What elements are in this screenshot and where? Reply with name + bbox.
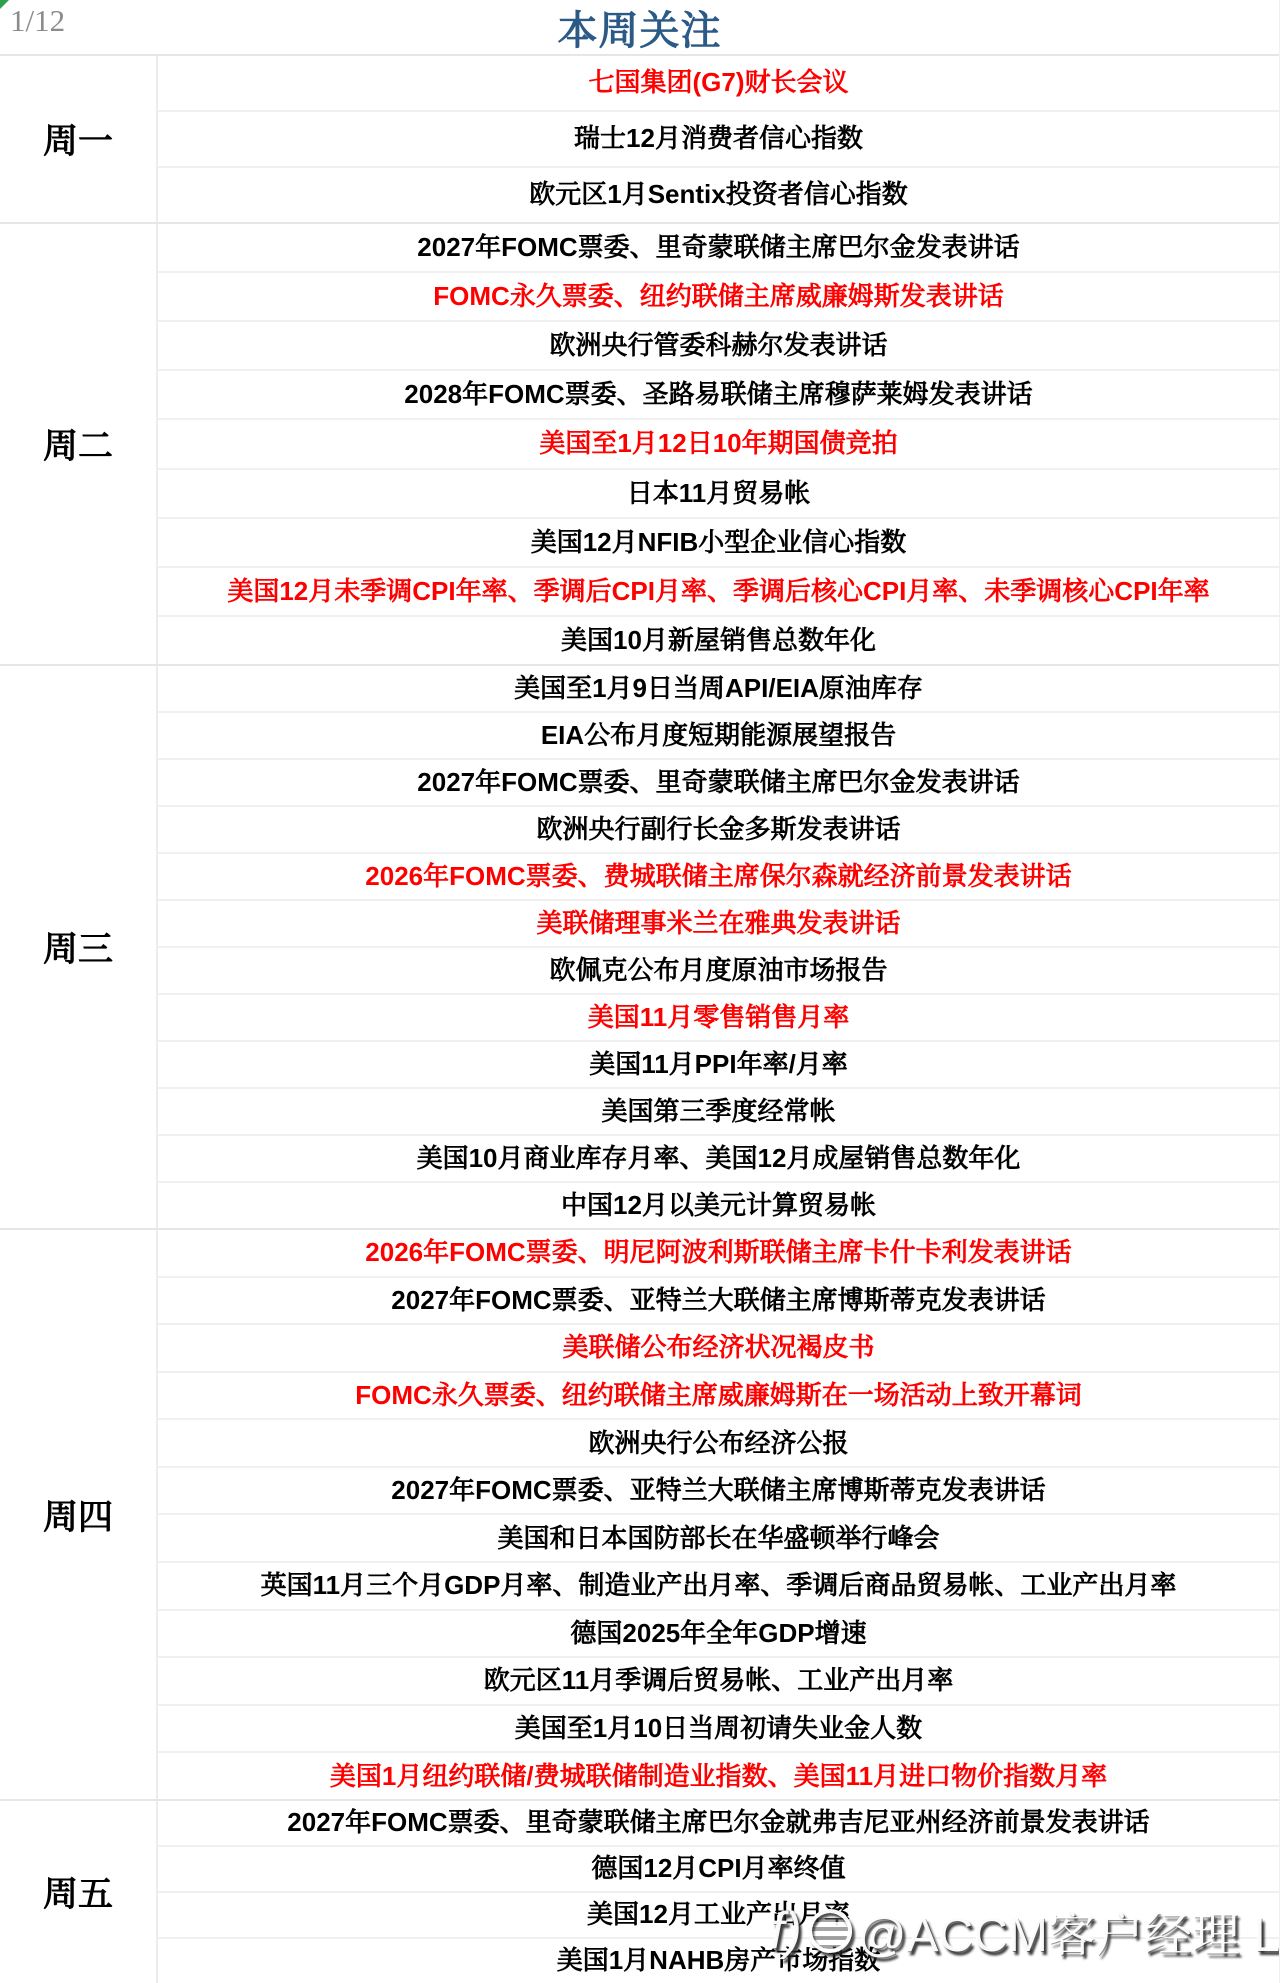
event-text: 美国至1月10日当周初请失业金人数 <box>515 1713 922 1744</box>
event-row: 英国11月三个月GDP月率、制造业产出月率、季调后商品贸易帐、工业产出月率 <box>158 1561 1279 1609</box>
event-text: 德国2025年全年GDP增速 <box>570 1618 866 1649</box>
event-row: EIA公布月度短期能源展望报告 <box>158 711 1279 758</box>
event-text: 美国至1月12日10年期国债竞拍 <box>539 428 897 459</box>
day-section: 周二2027年FOMC票委、里奇蒙联储主席巴尔金发表讲话FOMC永久票委、纽约联… <box>0 222 1279 664</box>
page-indicator: 1/12 <box>10 4 65 38</box>
event-row: 中国12月以美元计算贸易帐 <box>158 1181 1279 1228</box>
events-table: 周一七国集团(G7)财长会议瑞士12月消费者信心指数欧元区1月Sentix投资者… <box>0 54 1279 1983</box>
event-row: 欧洲央行副行长金多斯发表讲话 <box>158 805 1279 852</box>
event-row: 美联储公布经济状况褐皮书 <box>158 1323 1279 1371</box>
event-text: 中国12月以美元计算贸易帐 <box>561 1190 876 1221</box>
day-label: 周二 <box>0 224 158 664</box>
event-row: 美国10月商业库存月率、美国12月成屋销售总数年化 <box>158 1134 1279 1181</box>
event-text: 英国11月三个月GDP月率、制造业产出月率、季调后商品贸易帐、工业产出月率 <box>261 1570 1177 1601</box>
event-text: 美国11月零售销售月率 <box>588 1002 850 1033</box>
events-column: 美国至1月9日当周API/EIA原油库存EIA公布月度短期能源展望报告2027年… <box>158 666 1279 1228</box>
event-row: 2026年FOMC票委、费城联储主席保尔森就经济前景发表讲话 <box>158 852 1279 899</box>
events-column: 2027年FOMC票委、里奇蒙联储主席巴尔金发表讲话FOMC永久票委、纽约联储主… <box>158 224 1279 664</box>
event-text: 2026年FOMC票委、费城联储主席保尔森就经济前景发表讲话 <box>365 861 1071 892</box>
event-text: 欧洲央行管委科赫尔发表讲话 <box>549 330 887 361</box>
event-text: 2027年FOMC票委、里奇蒙联储主席巴尔金发表讲话 <box>417 767 1019 798</box>
event-row: 2027年FOMC票委、亚特兰大联储主席博斯蒂克发表讲话 <box>158 1466 1279 1514</box>
f-logo-icon: f) <box>770 1901 802 1961</box>
day-label: 周四 <box>0 1230 158 1799</box>
circle-logo-icon <box>808 1909 852 1953</box>
event-text: 2027年FOMC票委、亚特兰大联储主席博斯蒂克发表讲话 <box>391 1475 1045 1506</box>
event-text: 美国12月NFIB小型企业信心指数 <box>531 527 907 558</box>
event-row: 美国1月纽约联储/费城联储制造业指数、美国11月进口物价指数月率 <box>158 1751 1279 1799</box>
event-text: 2026年FOMC票委、明尼阿波利斯联储主席卡什卡利发表讲话 <box>365 1237 1071 1268</box>
events-column: 2026年FOMC票委、明尼阿波利斯联储主席卡什卡利发表讲话2027年FOMC票… <box>158 1230 1279 1799</box>
page-title: 本周关注 <box>558 0 722 56</box>
events-column: 七国集团(G7)财长会议瑞士12月消费者信心指数欧元区1月Sentix投资者信心… <box>158 56 1279 222</box>
event-text: 日本11月贸易帐 <box>627 478 811 509</box>
event-row: 2027年FOMC票委、里奇蒙联储主席巴尔金就弗吉尼亚州经济前景发表讲话 <box>158 1801 1279 1845</box>
event-text: 七国集团(G7)财长会议 <box>588 67 848 98</box>
event-row: 欧元区1月Sentix投资者信心指数 <box>158 166 1279 222</box>
event-row: 美国10月新屋销售总数年化 <box>158 615 1279 664</box>
event-row: 欧洲央行公布经济公报 <box>158 1418 1279 1466</box>
event-row: 美国至1月12日10年期国债竞拍 <box>158 418 1279 467</box>
event-row: 2027年FOMC票委、里奇蒙联储主席巴尔金发表讲话 <box>158 224 1279 271</box>
event-text: 欧洲央行公布经济公报 <box>588 1428 848 1459</box>
event-row: 美国11月零售销售月率 <box>158 993 1279 1040</box>
day-section: 周四2026年FOMC票委、明尼阿波利斯联储主席卡什卡利发表讲话2027年FOM… <box>0 1228 1279 1799</box>
event-row: FOMC永久票委、纽约联储主席威廉姆斯在一场活动上致开幕词 <box>158 1371 1279 1419</box>
day-section: 周三美国至1月9日当周API/EIA原油库存EIA公布月度短期能源展望报告202… <box>0 664 1279 1228</box>
event-text: 美国10月新屋销售总数年化 <box>561 625 876 656</box>
event-text: 2027年FOMC票委、亚特兰大联储主席博斯蒂克发表讲话 <box>391 1285 1045 1316</box>
weekly-focus-page: 1/12 本周关注 周一七国集团(G7)财长会议瑞士12月消费者信心指数欧元区1… <box>0 0 1280 1983</box>
event-row: 2026年FOMC票委、明尼阿波利斯联储主席卡什卡利发表讲话 <box>158 1230 1279 1276</box>
event-text: 美国12月未季调CPI年率、季调后CPI月率、季调后核心CPI月率、未季调核心C… <box>227 576 1209 607</box>
event-row: 欧元区11月季调后贸易帐、工业产出月率 <box>158 1656 1279 1704</box>
event-text: FOMC永久票委、纽约联储主席威廉姆斯在一场活动上致开幕词 <box>355 1380 1082 1411</box>
event-row: 七国集团(G7)财长会议 <box>158 56 1279 110</box>
event-row: 美国12月NFIB小型企业信心指数 <box>158 517 1279 566</box>
event-text: 欧佩克公布月度原油市场报告 <box>549 955 887 986</box>
day-label: 周五 <box>0 1801 158 1983</box>
event-row: 美国和日本国防部长在华盛顿举行峰会 <box>158 1513 1279 1561</box>
event-row: FOMC永久票委、纽约联储主席威廉姆斯发表讲话 <box>158 271 1279 320</box>
event-text: FOMC永久票委、纽约联储主席威廉姆斯发表讲话 <box>433 281 1004 312</box>
event-row: 欧洲央行管委科赫尔发表讲话 <box>158 320 1279 369</box>
watermark-text: @ACCM客户经理 Lee <box>858 1896 1280 1965</box>
event-text: 欧元区1月Sentix投资者信心指数 <box>529 179 908 210</box>
event-row: 日本11月贸易帐 <box>158 468 1279 517</box>
event-text: 美联储理事米兰在雅典发表讲话 <box>536 908 900 939</box>
event-row: 美国至1月10日当周初请失业金人数 <box>158 1704 1279 1752</box>
event-row: 2027年FOMC票委、亚特兰大联储主席博斯蒂克发表讲话 <box>158 1276 1279 1324</box>
green-corner-icon <box>0 0 9 9</box>
event-row: 2028年FOMC票委、圣路易联储主席穆萨莱姆发表讲话 <box>158 369 1279 418</box>
event-row: 美国第三季度经常帐 <box>158 1087 1279 1134</box>
event-row: 瑞士12月消费者信心指数 <box>158 110 1279 166</box>
event-text: EIA公布月度短期能源展望报告 <box>541 720 896 751</box>
event-text: 美国1月纽约联储/费城联储制造业指数、美国11月进口物价指数月率 <box>330 1761 1107 1792</box>
event-row: 美国11月PPI年率/月率 <box>158 1040 1279 1087</box>
event-text: 2027年FOMC票委、里奇蒙联储主席巴尔金就弗吉尼亚州经济前景发表讲话 <box>287 1807 1149 1838</box>
event-text: 德国12月CPI月率终值 <box>591 1853 845 1884</box>
event-text: 2028年FOMC票委、圣路易联储主席穆萨莱姆发表讲话 <box>404 379 1032 410</box>
event-text: 美国至1月9日当周API/EIA原油库存 <box>514 673 923 704</box>
event-row: 2027年FOMC票委、里奇蒙联储主席巴尔金发表讲话 <box>158 758 1279 805</box>
event-row: 美国至1月9日当周API/EIA原油库存 <box>158 666 1279 711</box>
event-row: 欧佩克公布月度原油市场报告 <box>158 946 1279 993</box>
event-row: 德国12月CPI月率终值 <box>158 1845 1279 1891</box>
event-text: 美联储公布经济状况褐皮书 <box>562 1332 874 1363</box>
event-text: 美国和日本国防部长在华盛顿举行峰会 <box>497 1523 939 1554</box>
day-label: 周一 <box>0 56 158 222</box>
event-text: 美国11月PPI年率/月率 <box>589 1049 848 1080</box>
watermark: f) @ACCM客户经理 Lee <box>770 1896 1280 1965</box>
page-header: 1/12 本周关注 <box>0 0 1279 54</box>
event-text: 美国10月商业库存月率、美国12月成屋销售总数年化 <box>417 1143 1021 1174</box>
event-text: 欧元区11月季调后贸易帐、工业产出月率 <box>484 1665 954 1696</box>
day-label: 周三 <box>0 666 158 1228</box>
event-text: 美国第三季度经常帐 <box>601 1096 835 1127</box>
event-row: 德国2025年全年GDP增速 <box>158 1609 1279 1657</box>
day-section: 周一七国集团(G7)财长会议瑞士12月消费者信心指数欧元区1月Sentix投资者… <box>0 54 1279 222</box>
event-text: 瑞士12月消费者信心指数 <box>574 123 863 154</box>
event-text: 2027年FOMC票委、里奇蒙联储主席巴尔金发表讲话 <box>417 232 1019 263</box>
event-row: 美国12月未季调CPI年率、季调后CPI月率、季调后核心CPI月率、未季调核心C… <box>158 566 1279 615</box>
event-text: 欧洲央行副行长金多斯发表讲话 <box>536 814 900 845</box>
event-row: 美联储理事米兰在雅典发表讲话 <box>158 899 1279 946</box>
